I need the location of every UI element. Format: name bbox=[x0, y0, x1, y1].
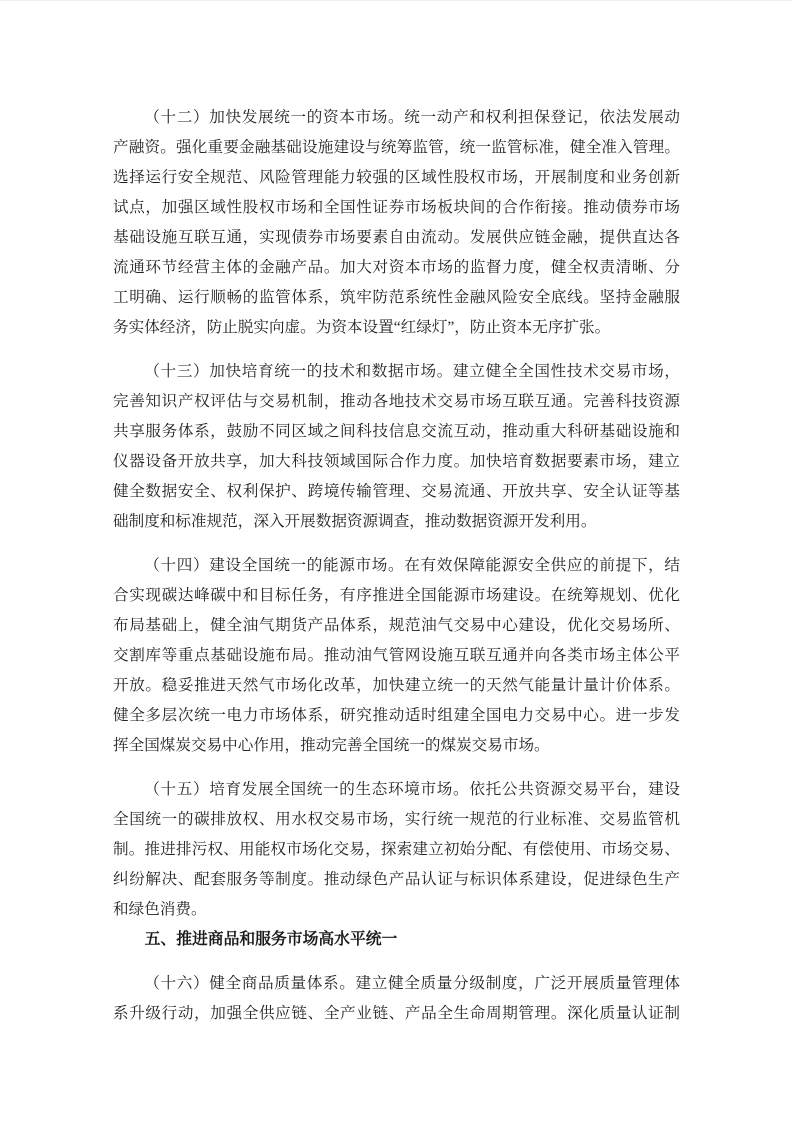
paragraph-item-14: （十四）建设全国统一的能源市场。在有效保障能源安全供应的前提下，结合实现碳达峰碳… bbox=[113, 551, 680, 761]
section-5-heading-text: 五、推进商品和服务市场高水平统一 bbox=[113, 925, 680, 955]
paragraph-item-13: （十三）加快培育统一的技术和数据市场。建立健全全国性技术交易市场，完善知识产权评… bbox=[113, 357, 680, 537]
section-5-heading: 五、推进商品和服务市场高水平统一 bbox=[113, 925, 680, 955]
text-line: 系升级行动，加强全供应链、全产业链、产品全生命周期管理。深化质量认证制 bbox=[113, 999, 680, 1029]
text-line: 完善知识产权评估与交易机制，推动各地技术交易市场互联互通。完善科技资源 bbox=[113, 387, 680, 417]
text-column: （十二）加快发展统一的资本市场。统一动产和权利担保登记，依法发展动产融资。强化重… bbox=[113, 103, 680, 1029]
text-line: 共享服务体系，鼓励不同区域之间科技信息交流互动，推动重大科研基础设施和 bbox=[113, 417, 680, 447]
text-line: 纠纷解决、配套服务等制度。推动绿色产品认证与标识体系建设，促进绿色生产 bbox=[113, 865, 680, 895]
text-line: 基础设施互联互通，实现债券市场要素自由流动。发展供应链金融，提供直达各 bbox=[113, 223, 680, 253]
text-line: 交割库等重点基础设施布局。推动油气管网设施互联互通并向各类市场主体公平 bbox=[113, 641, 680, 671]
text-line: 试点，加强区域性股权市场和全国性证券市场板块间的合作衔接。推动债券市场 bbox=[113, 193, 680, 223]
text-line: 合实现碳达峰碳中和目标任务，有序推进全国能源市场建设。在统筹规划、优化 bbox=[113, 581, 680, 611]
text-line: 产融资。强化重要金融基础设施建设与统筹监管，统一监管标准，健全准入管理。 bbox=[113, 133, 680, 163]
paragraph-item-15: （十五）培育发展全国统一的生态环境市场。依托公共资源交易平台，建设全国统一的碳排… bbox=[113, 775, 680, 925]
text-line: 仪器设备开放共享，加大科技领域国际合作力度。加快培育数据要素市场，建立 bbox=[113, 447, 680, 477]
text-line: （十二）加快发展统一的资本市场。统一动产和权利担保登记，依法发展动 bbox=[113, 103, 680, 133]
text-line: 健全多层次统一电力市场体系，研究推动适时组建全国电力交易中心。进一步发 bbox=[113, 701, 680, 731]
text-line: 健全数据安全、权利保护、跨境传输管理、交易流通、开放共享、安全认证等基 bbox=[113, 477, 680, 507]
text-line: 选择运行安全规范、风险管理能力较强的区域性股权市场，开展制度和业务创新 bbox=[113, 163, 680, 193]
text-line: （十五）培育发展全国统一的生态环境市场。依托公共资源交易平台，建设 bbox=[113, 775, 680, 805]
text-line: 开放。稳妥推进天然气市场化改革，加快建立统一的天然气能量计量计价体系。 bbox=[113, 671, 680, 701]
text-line: （十六）健全商品质量体系。建立健全质量分级制度，广泛开展质量管理体 bbox=[113, 969, 680, 999]
text-line: （十三）加快培育统一的技术和数据市场。建立健全全国性技术交易市场， bbox=[113, 357, 680, 387]
text-line: 务实体经济，防止脱实向虚。为资本设置“红绿灯”，防止资本无序扩张。 bbox=[113, 313, 680, 343]
text-line: 布局基础上，健全油气期货产品体系，规范油气交易中心建设，优化交易场所、 bbox=[113, 611, 680, 641]
text-line: 挥全国煤炭交易中心作用，推动完善全国统一的煤炭交易市场。 bbox=[113, 731, 680, 761]
text-line: 流通环节经营主体的金融产品。加大对资本市场的监督力度，健全权责清晰、分 bbox=[113, 253, 680, 283]
text-line: 工明确、运行顺畅的监管体系，筑牢防范系统性金融风险安全底线。坚持金融服 bbox=[113, 283, 680, 313]
text-line: 和绿色消费。 bbox=[113, 895, 680, 925]
paragraph-item-16: （十六）健全商品质量体系。建立健全质量分级制度，广泛开展质量管理体系升级行动，加… bbox=[113, 969, 680, 1029]
text-line: （十四）建设全国统一的能源市场。在有效保障能源安全供应的前提下，结 bbox=[113, 551, 680, 581]
paragraph-item-12: （十二）加快发展统一的资本市场。统一动产和权利担保登记，依法发展动产融资。强化重… bbox=[113, 103, 680, 343]
text-line: 制。推进排污权、用能权市场化交易，探索建立初始分配、有偿使用、市场交易、 bbox=[113, 835, 680, 865]
text-line: 础制度和标准规范，深入开展数据资源调查，推动数据资源开发利用。 bbox=[113, 507, 680, 537]
document-page: （十二）加快发展统一的资本市场。统一动产和权利担保登记，依法发展动产融资。强化重… bbox=[0, 0, 793, 1122]
text-line: 全国统一的碳排放权、用水权交易市场，实行统一规范的行业标准、交易监管机 bbox=[113, 805, 680, 835]
